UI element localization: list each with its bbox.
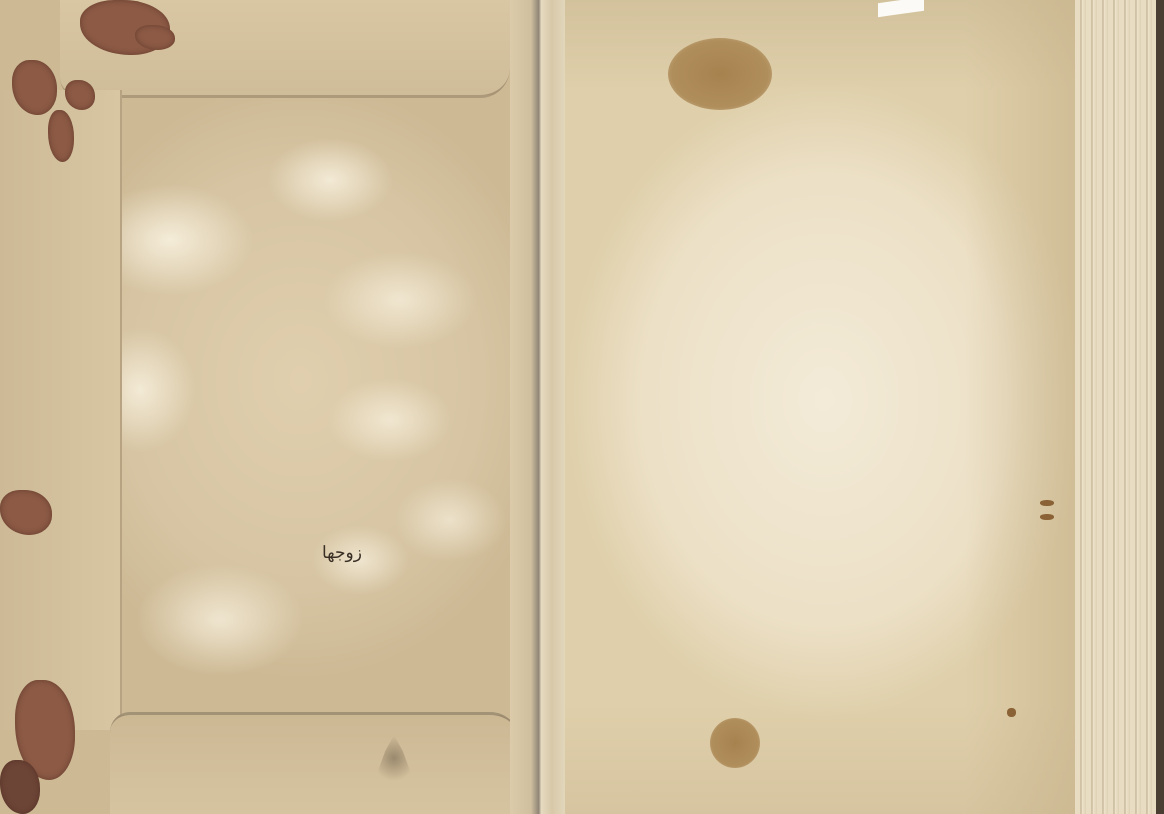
wormhole — [1040, 500, 1054, 506]
page-shadow-right — [965, 0, 1085, 814]
wormhole — [1007, 708, 1016, 717]
stain-top — [668, 38, 772, 110]
cover-fold-bottom — [110, 712, 520, 814]
fore-edge-pages — [1075, 0, 1164, 814]
leather-remnant — [0, 760, 40, 814]
right-flyleaf-page — [565, 0, 1085, 814]
leather-remnant — [48, 110, 74, 162]
wormhole — [1040, 514, 1054, 520]
left-pastedown-page: زوجها — [0, 0, 540, 814]
stain-bottom — [710, 718, 760, 768]
book-gutter — [510, 0, 570, 814]
handwritten-inscription: زوجها — [322, 543, 362, 563]
cover-fold-left — [0, 90, 122, 730]
book-scan: زوجها — [0, 0, 1164, 814]
